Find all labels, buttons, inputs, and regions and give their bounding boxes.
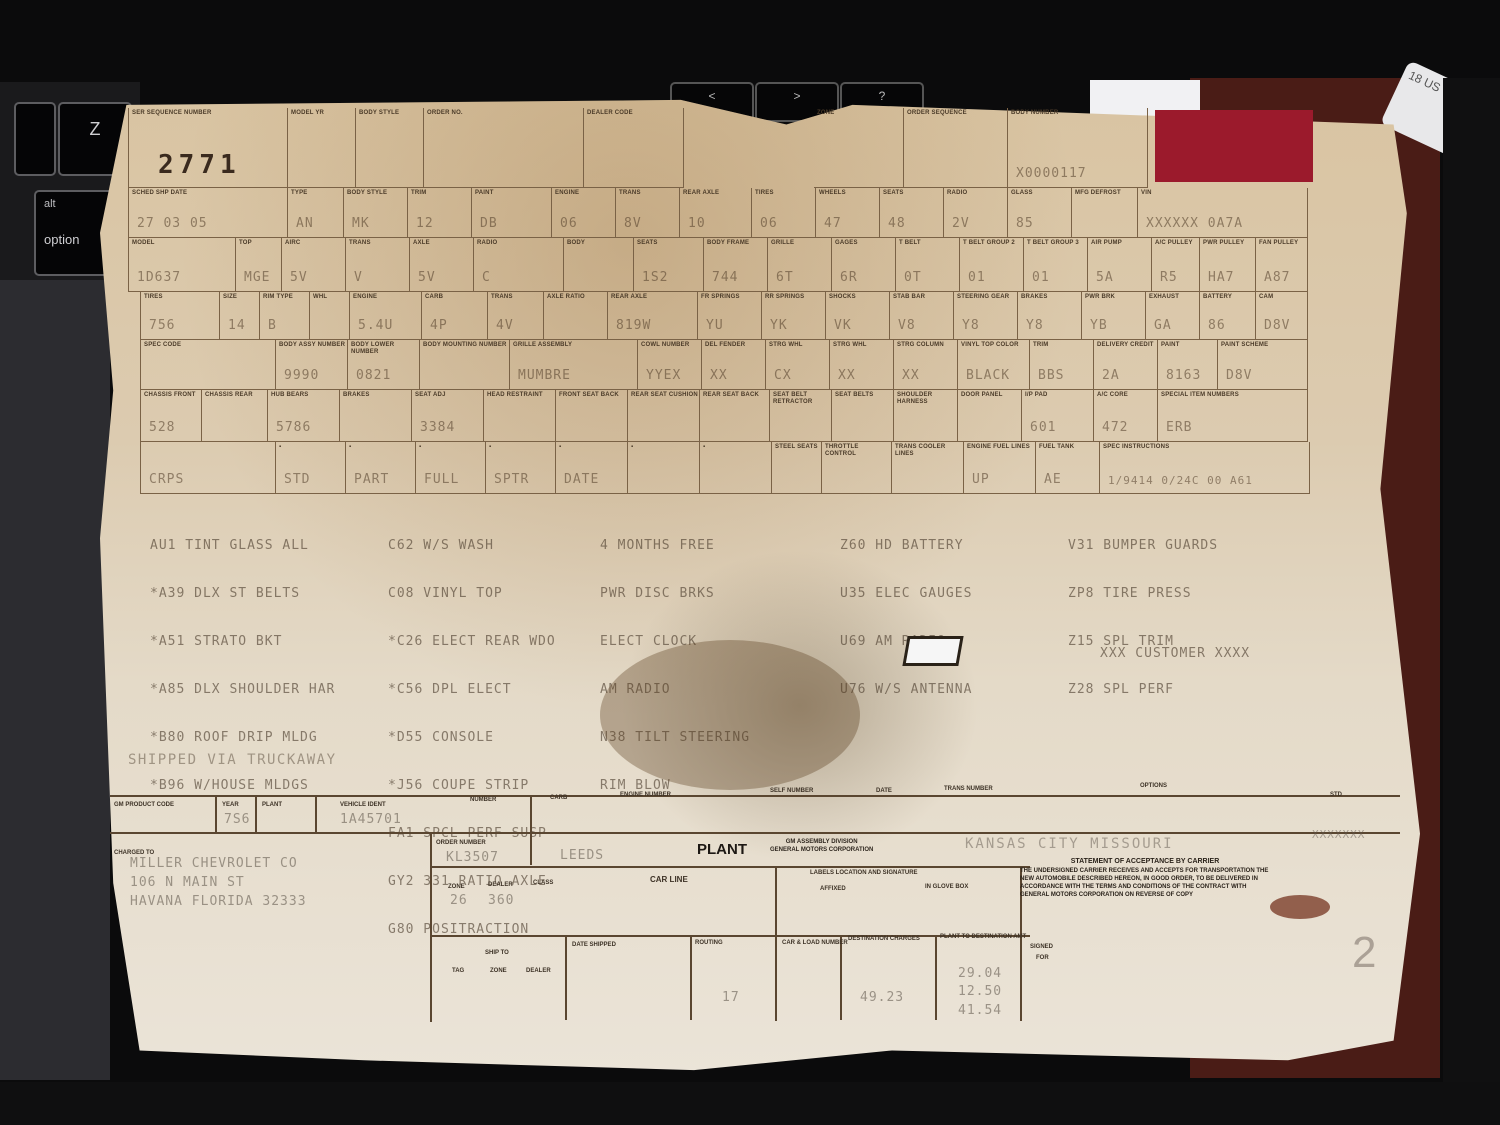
grid-cell: PWR BRKYB [1082, 292, 1146, 340]
option-line: *A51 STRATO BKT [150, 634, 335, 650]
option-line: Z60 HD BATTERY [840, 538, 972, 554]
grid-cell: RADIO2V [944, 188, 1008, 238]
label-order-number: ORDER NUMBER [436, 840, 486, 847]
grid-cell: RADIOC [474, 238, 564, 292]
grid-cell: COWL NUMBERYYEX [638, 340, 702, 390]
grid-cell: GAGES6R [832, 238, 896, 292]
grid-cell: TRANS8V [616, 188, 680, 238]
grid-cell: MODEL YR [288, 108, 356, 188]
grid-cell: TIRES756 [140, 292, 220, 340]
grid-cell: FR SPRINGSYU [698, 292, 762, 340]
grid-cell: AXLE RATIO [544, 292, 608, 340]
options-list-far: Z60 HD BATTERY U35 ELEC GAUGES U69 AM RA… [840, 506, 972, 714]
grid-cell: STEEL SEATS [772, 442, 822, 494]
grid-cell: REAR AXLE819W [608, 292, 698, 340]
grid-cell: DEL FENDERXX [702, 340, 766, 390]
plant-title: PLANT [697, 841, 747, 858]
monitor-bezel [1443, 78, 1500, 1088]
grid-cell: ENGINE5.4U [350, 292, 422, 340]
copy-number: 2 [1352, 928, 1376, 978]
grid-cell: A/C CORE472 [1094, 390, 1158, 442]
rust-stain [1270, 895, 1330, 919]
grid-cell: GLASS85 [1008, 188, 1072, 238]
grid-cell: ENGINE FUEL LINESUP [964, 442, 1036, 494]
value-charged-to-name: MILLER CHEVROLET CO [130, 856, 298, 871]
grid-cell: PAINTDB [472, 188, 552, 238]
grid-cell: T BELT0T [896, 238, 960, 292]
grid-cell: BODY STYLE [356, 108, 424, 188]
option-line: *B80 ROOF DRIP MLDG [150, 730, 335, 746]
label-in-glove-box: IN GLOVE BOX [925, 884, 968, 891]
grid-cell: FUEL TANKAE [1036, 442, 1100, 494]
grid-cell: TRANS COOLER LINES [892, 442, 964, 494]
grid-cell: ZONE [814, 108, 904, 188]
grid-cell: PAINT8163 [1158, 340, 1218, 390]
label-ship-to: SHIP TO [485, 950, 509, 957]
grid-cell: I/P PAD601 [1022, 390, 1094, 442]
value-plant-to-destination-1: 29.04 [958, 966, 1002, 981]
value-plant-to-destination-3: 41.54 [958, 1003, 1002, 1018]
grid-cell: ORDER SEQUENCE [904, 108, 1008, 188]
grid-cell-ship-date: SCHED SHP DATE27 03 05 [128, 188, 288, 238]
option-line: AU1 TINT GLASS ALL [150, 538, 335, 554]
keyboard-key [14, 102, 56, 176]
grid-cell: BODY MOUNTING NUMBER [420, 340, 510, 390]
grid-cell: CHASSIS REAR [202, 390, 268, 442]
grid-cell: SEATS1S2 [634, 238, 704, 292]
option-line: U35 ELEC GAUGES [840, 586, 972, 602]
grid-cell: VINYL TOP COLORBLACK [958, 340, 1030, 390]
option-line: V31 BUMPER GUARDS [1068, 538, 1218, 554]
option-line: ZP8 TIRE PRESS [1068, 586, 1218, 602]
grid-cell: SPEC INSTRUCTIONS1/9414 0/24C 00 A61 [1100, 442, 1310, 494]
label-number: NUMBER [470, 797, 496, 804]
option-line: *C26 ELECT REAR WDO [388, 634, 556, 650]
grid-cell: WHEELS47 [816, 188, 880, 238]
grid-cell: CARB4P [422, 292, 488, 340]
grid-cell: TRANS4V [488, 292, 544, 340]
options-list-extra: V31 BUMPER GUARDS ZP8 TIRE PRESS Z15 SPL… [1068, 506, 1218, 714]
value-vehicle-ident: 1A45701 [340, 812, 402, 827]
grid-cell: STRG COLUMNXX [894, 340, 958, 390]
grid-cell: T BELT GROUP 301 [1024, 238, 1088, 292]
grid-cell: ▪DATE [556, 442, 628, 494]
option-line: 4 MONTHS FREE [600, 538, 750, 554]
grid-cell: PAINT SCHEMED8V [1218, 340, 1308, 390]
grid-cell: ▪ [700, 442, 772, 494]
plant-city: KANSAS CITY MISSOURI [965, 836, 1174, 852]
grid-cell: TYPEAN [288, 188, 344, 238]
label-class: CLASS [533, 880, 553, 887]
background-surface [0, 280, 110, 1080]
grid-cell: TIRES06 [752, 188, 816, 238]
grid-cell: REAR AXLE10 [680, 188, 752, 238]
grid-cell: HUB BEARS5786 [268, 390, 340, 442]
label-destination-charges: DESTINATION CHARGES [848, 936, 920, 943]
label-ship-zone: ZONE [490, 968, 507, 975]
label-date-shipped: DATE SHIPPED [572, 942, 616, 949]
options-list-mid: C62 W/S WASH C08 VINYL TOP *C26 ELECT RE… [388, 506, 556, 954]
option-line: U76 W/S ANTENNA [840, 682, 972, 698]
grid-cell: T BELT GROUP 201 [960, 238, 1024, 292]
grid-cell: BODY NUMBERX0000117 [1008, 108, 1148, 188]
statement-body: THE UNDERSIGNED CARRIER RECEIVES AND ACC… [1020, 867, 1270, 899]
grid-cell: ▪PART [346, 442, 416, 494]
option-line: *D55 CONSOLE [388, 730, 556, 746]
grid-cell: BODY FRAME744 [704, 238, 768, 292]
staple-clip [902, 636, 963, 666]
grid-cell: TRANSV [346, 238, 410, 292]
grid-cell: RR SPRINGSYK [762, 292, 826, 340]
redaction-box [1155, 110, 1313, 182]
grid-cell: REAR SEAT CUSHION [628, 390, 700, 442]
label-plant: PLANT [262, 802, 282, 809]
option-line: PWR DISC BRKS [600, 586, 750, 602]
grid-cell: SEAT BELT RETRACTOR [770, 390, 832, 442]
option-line: Z28 SPL PERF [1068, 682, 1218, 698]
grid-cell: ▪FULL [416, 442, 486, 494]
value-dealer: 360 [488, 893, 514, 908]
customer-note: XXX CUSTOMER XXXX [1100, 646, 1250, 662]
grid-cell: CRPS [140, 442, 276, 494]
grid-cell: CAMD8V [1256, 292, 1308, 340]
grid-cell: BRAKESY8 [1018, 292, 1082, 340]
grid-cell: BRAKES [340, 390, 412, 442]
label-car-line: CAR LINE [650, 876, 688, 883]
grid-cell: MFG DEFROST [1072, 188, 1138, 238]
shipped-via: SHIPPED VIA TRUCKAWAY [128, 752, 337, 768]
option-line: C08 VINYL TOP [388, 586, 556, 602]
grid-cell: THROTTLE CONTROL [822, 442, 892, 494]
option-line: *A39 DLX ST BELTS [150, 586, 335, 602]
grid-cell: STEERING GEARY8 [954, 292, 1018, 340]
value-year: 7S6 [224, 812, 250, 827]
gm-division: GM ASSEMBLY DIVISION GENERAL MOTORS CORP… [770, 838, 873, 854]
grid-cell: BODY LOWER NUMBER0821 [348, 340, 420, 390]
label-carb: CARB [550, 795, 567, 802]
grid-cell: FRONT SEAT BACK [556, 390, 628, 442]
plant-code: XXXXXXX [1312, 828, 1365, 841]
label-gm-product: GM PRODUCT CODE [114, 802, 174, 809]
grid-cell: ORDER NO. [424, 108, 584, 188]
grid-cell: SIZE14 [220, 292, 260, 340]
option-line: *J56 COUPE STRIP [388, 778, 556, 794]
grid-cell: AIR PUMP5A [1088, 238, 1152, 292]
grid-cell: STRG WHLXX [830, 340, 894, 390]
label-std: STD [1330, 792, 1342, 799]
label-year: YEAR [222, 802, 239, 809]
label-routing: ROUTING [695, 940, 723, 947]
grid-cell: GRILLE6T [768, 238, 832, 292]
label-car-load-number: CAR & LOAD NUMBER [782, 940, 848, 947]
label-ship-dealer: DEALER [526, 968, 551, 975]
grid-cell: WHL [310, 292, 350, 340]
grid-cell: RIM TYPEB [260, 292, 310, 340]
value-order-field: LEEDS [560, 848, 604, 863]
statement-title: STATEMENT OF ACCEPTANCE BY CARRIER [1020, 858, 1270, 866]
value-charged-to-city: HAVANA FLORIDA 32333 [130, 894, 307, 909]
grid-cell: SHOULDER HARNESS [894, 390, 958, 442]
label-self-number: SELF NUMBER [770, 788, 813, 795]
label-vehicle-ident: VEHICLE IDENT [340, 802, 386, 809]
grid-cell: TRIM12 [408, 188, 472, 238]
label-engine-number: ENGINE NUMBER [620, 792, 671, 799]
grid-cell: BODY [564, 238, 634, 292]
grid-cell: AXLE5V [410, 238, 474, 292]
grid-cell: HEAD RESTRAINT [484, 390, 556, 442]
grid-cell: STRG WHLCX [766, 340, 830, 390]
label-dealer: DEALER [488, 882, 513, 889]
value-charged-to-address: 106 N MAIN ST [130, 875, 245, 890]
value-plant-to-destination-2: 12.50 [958, 984, 1002, 999]
label-options: OPTIONS [1140, 783, 1167, 790]
label-signed: SIGNED [1030, 944, 1053, 951]
label-tag: TAG [452, 968, 464, 975]
key-label-option: option [44, 232, 79, 247]
grid-cell: SEAT ADJ3384 [412, 390, 484, 442]
grid-cell: REAR SEAT BACK [700, 390, 770, 442]
grid-cell: GRILLE ASSEMBLYMUMBRE [510, 340, 638, 390]
grid-cell: SEAT BELTS [832, 390, 894, 442]
grid-cell: SPECIAL ITEM NUMBERSERB [1158, 390, 1308, 442]
grid-cell: EXHAUSTGA [1146, 292, 1200, 340]
grid-cell: ▪ [628, 442, 700, 494]
label-date: DATE [876, 788, 892, 795]
grid-cell: BATTERY86 [1200, 292, 1256, 340]
grid-cell: BODY ASSY NUMBER9990 [276, 340, 348, 390]
grid-cell: TOPMGE [236, 238, 282, 292]
monitor-bezel-bottom [0, 1082, 1500, 1125]
grid-cell: SEATS48 [880, 188, 944, 238]
label-plant-to-destination: PLANT TO DESTINATION AMT [940, 934, 1026, 941]
grid-cell: DOOR PANEL [958, 390, 1022, 442]
grid-cell: STAB BARV8 [890, 292, 954, 340]
grid-cell: DEALER CODE [584, 108, 684, 188]
value-zone: 26 [450, 893, 468, 908]
grid-cell: CHASSIS FRONT528 [140, 390, 202, 442]
grid-cell: A/C PULLEYR5 [1152, 238, 1200, 292]
label-trans-number: TRANS NUMBER [944, 786, 993, 793]
grid-cell: SHOCKSVK [826, 292, 890, 340]
grid-cell: TRIMBBS [1030, 340, 1094, 390]
grid-cell: SER SEQUENCE NUMBER [128, 108, 288, 188]
grid-cell: ▪STD [276, 442, 346, 494]
statement-of-acceptance: STATEMENT OF ACCEPTANCE BY CARRIER THE U… [1020, 858, 1270, 899]
water-stain [600, 640, 860, 790]
grid-cell: MODEL1D637 [128, 238, 236, 292]
grid-cell: ENGINE06 [552, 188, 616, 238]
value-routing: 17 [722, 990, 740, 1005]
grid-cell: BODY STYLEMK [344, 188, 408, 238]
option-line: *C56 DPL ELECT [388, 682, 556, 698]
grid-cell: VINXXXXXX 0A7A [1138, 188, 1308, 238]
label-for: FOR [1036, 955, 1049, 962]
grid-cell: FAN PULLEYA87 [1256, 238, 1308, 292]
option-line: *A85 DLX SHOULDER HAR [150, 682, 335, 698]
option-line: GY2 331 RATIO AXLE [388, 874, 556, 890]
option-line: C62 W/S WASH [388, 538, 556, 554]
grid-cell: AIRC5V [282, 238, 346, 292]
grid-cell: PWR PULLEYHA7 [1200, 238, 1256, 292]
label-zone: ZONE [448, 884, 465, 891]
grid-cell: DELIVERY CREDIT2A [1094, 340, 1158, 390]
label-labels-location: LABELS LOCATION AND SIGNATURE [810, 870, 918, 877]
value-order-number: KL3507 [446, 850, 499, 865]
option-line: *B96 W/HOUSE MLDGS [150, 778, 335, 794]
grid-cell: SPEC CODE [140, 340, 276, 390]
value-destination-charges: 49.23 [860, 990, 904, 1005]
grid-cell: ▪SPTR [486, 442, 556, 494]
label-affixed: AFFIXED [820, 886, 846, 893]
